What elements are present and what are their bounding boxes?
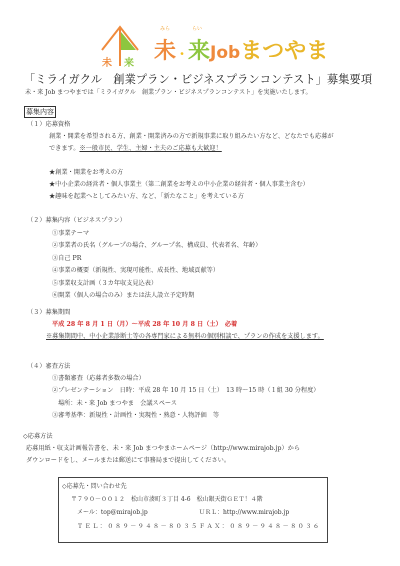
- contact-box: ◇応募先・問い合わせ先 〒７９０－００１２ 松山市湊町３丁目 4-6 松山銀天街…: [58, 477, 328, 543]
- contact-email[interactable]: メール：top@mirajob.jp: [77, 509, 148, 517]
- contents-item: ④事業の概要（新規性、実現可能性、成長性、地域貢献等）: [52, 267, 219, 275]
- target-item: ★趣味を起業へとしてみたい方、など、「新たなこと」を考えている方: [49, 193, 244, 201]
- eligibility-line-1: 創業・開業を希望される方、創業・開業済みの方で新規事業に取り組みたい方など、どな…: [49, 133, 334, 141]
- contents-item: ⑤事業収支計画（３カ年収支見込表）: [52, 280, 157, 288]
- contact-url[interactable]: ＵＲＬ：http://www.mirajob.jp: [199, 509, 289, 517]
- logo-char-mi: 未: [154, 39, 176, 64]
- eligibility-line-2: できます。※一般市民、学生、主婦・主夫のご応募も大歓迎！: [49, 145, 222, 153]
- logo: 未 来 みら らい 未・来Jobまつやま: [100, 24, 320, 68]
- review-heading: （４）審査方法: [27, 363, 70, 371]
- logo-matsuyama: まつやま: [240, 39, 328, 64]
- contents-heading: （２）募集内容（ビジネスプラン）: [27, 217, 126, 225]
- eligibility-welcome-note: ※一般市民、学生、主婦・主夫のご応募も大歓迎！: [79, 145, 221, 152]
- application-heading: ◇応募方法: [23, 433, 53, 441]
- logo-ruby-1: みら: [160, 25, 170, 32]
- target-item: ★中小企業の経営者・個人事業主（第二創業をお考えの中小企業の経営者・個人事業主含…: [49, 181, 309, 189]
- eligibility-heading: （１）応募資格: [27, 121, 70, 129]
- page-title: 「ミライガクル 創業プラン・ビジネスプランコンテスト」募集要項: [24, 71, 372, 87]
- review-item: ③審考基準：新規性・計画性・実現性・熟意・人物評価 等: [52, 412, 219, 420]
- contents-item: ③自己 PR: [52, 255, 81, 263]
- application-line-1: 応募用紙・収支計画報告書を、未・来 Job まつやまホームページ（http://…: [26, 445, 300, 453]
- logo-ruby-2: らい: [192, 25, 202, 32]
- contact-tel: ＴＥＬ：０８９－９４８－８０３５: [77, 523, 199, 531]
- contact-heading: ◇応募先・問い合わせ先: [62, 483, 127, 491]
- logo-dot: ・: [176, 47, 188, 61]
- section-label: 募集内容: [24, 106, 56, 118]
- period-dates: 平成 28 年 8 月 1 日（月）～平成 28 年 10 月 8 日（土） 必…: [52, 321, 237, 329]
- period-heading: （３）募集期間: [27, 309, 70, 317]
- contact-address: 〒７９０－００１２ 松山市湊町３丁目 4-6 松山銀天街ＧＥＴ！４階: [71, 496, 263, 504]
- review-venue: 場所：未・来 Job まつやま 会議スペース: [58, 400, 177, 408]
- contact-fax: ＦＡＸ：０８９－９４８－８０３６: [199, 523, 321, 531]
- contents-item: ①事業テーマ: [52, 230, 89, 238]
- logo-mark-char-1: 未: [102, 54, 112, 69]
- review-item: ①書類審査（応募者多数の場合）: [52, 375, 145, 383]
- contents-item: ②事業者の氏名（グループの場合、グループ名、構成員、代表者名、年齢）: [52, 242, 261, 250]
- contents-item: ⑥開業（個人の場合のみ）または法人設立予定時期: [52, 292, 194, 300]
- target-item: ★創業・開業をお考えの方: [49, 169, 123, 177]
- logo-mark-char-2: 来: [124, 54, 134, 69]
- review-item: ②プレゼンテーション 日時：平成 28 年 10 月 15 日（土） 13 時～…: [52, 387, 320, 395]
- logo-wordmark: みら らい 未・来Jobまつやま: [154, 34, 328, 65]
- logo-char-rai: 来: [188, 39, 210, 64]
- eligibility-line-2-plain: できます。: [49, 145, 79, 152]
- period-note: ※募集期間中、中小企業診断士等の各専門家による無料の個別相談で、プランの作成を支…: [46, 333, 324, 341]
- application-line-2: ダウンロードをし、メールまたは郵送にて事務局まで提出してください。: [26, 457, 230, 465]
- logo-job: Job: [210, 43, 240, 63]
- intro-text: 未・来 Job まつやまでは「ミライガクル 創業プラン・ビジネスプランコンテスト…: [25, 87, 312, 96]
